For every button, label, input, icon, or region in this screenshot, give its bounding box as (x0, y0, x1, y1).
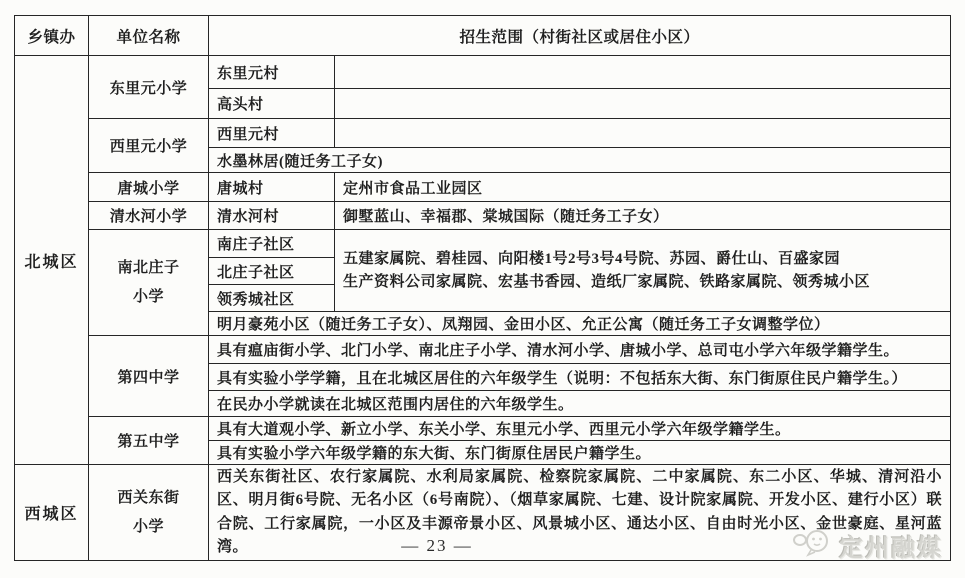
community-cell: 北庄子社区 (209, 258, 335, 285)
school-nanbeizhuangzi-cell: 南北庄子 小学 (89, 230, 209, 336)
school-qingshuihe-cell: 清水河小学 (89, 202, 209, 230)
school-name-line: 西关东街 (97, 484, 200, 513)
empty-cell (335, 89, 951, 119)
village-cell: 唐城村 (209, 173, 335, 202)
table-row: 第四中学 具有瘟庙街小学、北门小学、南北庄子小学、清水河小学、唐城小学、总司屯小… (15, 336, 951, 364)
scope-cell: 具有实验小学学籍，且在北城区居住的六年级学生（说明：不包括东大街、东门街原住民户… (209, 364, 951, 391)
table-row: 第五中学 具有大道观小学、新立小学、东关小学、东里元小学、西里元小学六年级学籍学… (15, 417, 951, 441)
header-unit-name: 单位名称 (89, 16, 209, 56)
community-cell: 领秀城社区 (209, 285, 335, 312)
school-tangcheng-cell: 唐城小学 (89, 173, 209, 202)
header-enrollment-scope: 招生范围（村街社区或居住小区） (209, 16, 951, 56)
scope-line: 五建家属院、碧桂园、向阳楼1号2号3号4号院、苏园、爵仕山、百盛家园 (343, 248, 942, 271)
school-name-line: 小学 (97, 513, 200, 542)
school-name-line: 南北庄子 (97, 254, 200, 283)
village-cell: 西里元村 (209, 119, 335, 148)
school-xiguandongjie-cell: 西关东街 小学 (89, 465, 209, 561)
scope-line: 生产资料公司家属院、宏基书香园、造纸厂家属院、铁路家属院、领秀城小区 (343, 271, 942, 294)
scope-cell: 五建家属院、碧桂园、向阳楼1号2号3号4号院、苏园、爵仕山、百盛家园 生产资料公… (335, 230, 951, 312)
table-row: 西里元小学 西里元村 (15, 119, 951, 148)
empty-cell (335, 56, 951, 89)
scope-cell: 在民办小学就读在北城区范围内居住的六年级学生。 (209, 391, 951, 417)
school-name-line: 小学 (97, 283, 200, 312)
watermark: 定州融媒 (793, 528, 943, 563)
school-no5-middle-cell: 第五中学 (89, 417, 209, 465)
village-cell: 东里元村 (209, 56, 335, 89)
table-row: 北城区 东里元小学 东里元村 (15, 56, 951, 89)
watermark-text: 定州融媒 (839, 528, 943, 563)
community-cell: 南庄子社区 (209, 230, 335, 258)
media-logo-icon (793, 528, 833, 563)
school-no4-middle-cell: 第四中学 (89, 336, 209, 417)
empty-cell (335, 119, 951, 148)
scanned-document-page: 乡镇办 单位名称 招生范围（村街社区或居住小区） 北城区 东里元小学 东里元村 … (0, 0, 965, 578)
header-township: 乡镇办 (15, 16, 89, 56)
village-cell: 清水河村 (209, 202, 335, 230)
school-dongliyuan-cell: 东里元小学 (89, 56, 209, 119)
table-row: 唐城小学 唐城村 定州市食品工业园区 (15, 173, 951, 202)
school-xiliyuan-cell: 西里元小学 (89, 119, 209, 173)
scope-cell: 御墅蓝山、幸福郡、棠城国际（随迁务工子女） (335, 202, 951, 230)
table-header-row: 乡镇办 单位名称 招生范围（村街社区或居住小区） (15, 16, 951, 56)
village-cell: 高头村 (209, 89, 335, 119)
enrollment-scope-table: 乡镇办 单位名称 招生范围（村街社区或居住小区） 北城区 东里元小学 东里元村 … (14, 15, 951, 561)
district-north-cell: 北城区 (15, 56, 89, 465)
scope-cell: 具有大道观小学、新立小学、东关小学、东里元小学、西里元小学六年级学籍学生。 (209, 417, 951, 441)
scope-cell: 定州市食品工业园区 (335, 173, 951, 202)
scope-cell: 水墨林居(随迁务工子女) (209, 148, 951, 173)
district-west-cell: 西城区 (15, 465, 89, 561)
page-number: — 23 — (352, 536, 522, 556)
table-row: 清水河小学 清水河村 御墅蓝山、幸福郡、棠城国际（随迁务工子女） (15, 202, 951, 230)
table-row: 南北庄子 小学 南庄子社区 五建家属院、碧桂园、向阳楼1号2号3号4号院、苏园、… (15, 230, 951, 258)
scope-cell: 具有瘟庙街小学、北门小学、南北庄子小学、清水河小学、唐城小学、总司屯小学六年级学… (209, 336, 951, 364)
scope-cell: 明月豪苑小区（随迁务工子女）、凤翔园、金田小区、允正公寓（随迁务工子女调整学位） (209, 312, 951, 336)
scope-cell: 具有实验小学六年级学籍的东大街、东门街原住居民户籍学生。 (209, 441, 951, 465)
